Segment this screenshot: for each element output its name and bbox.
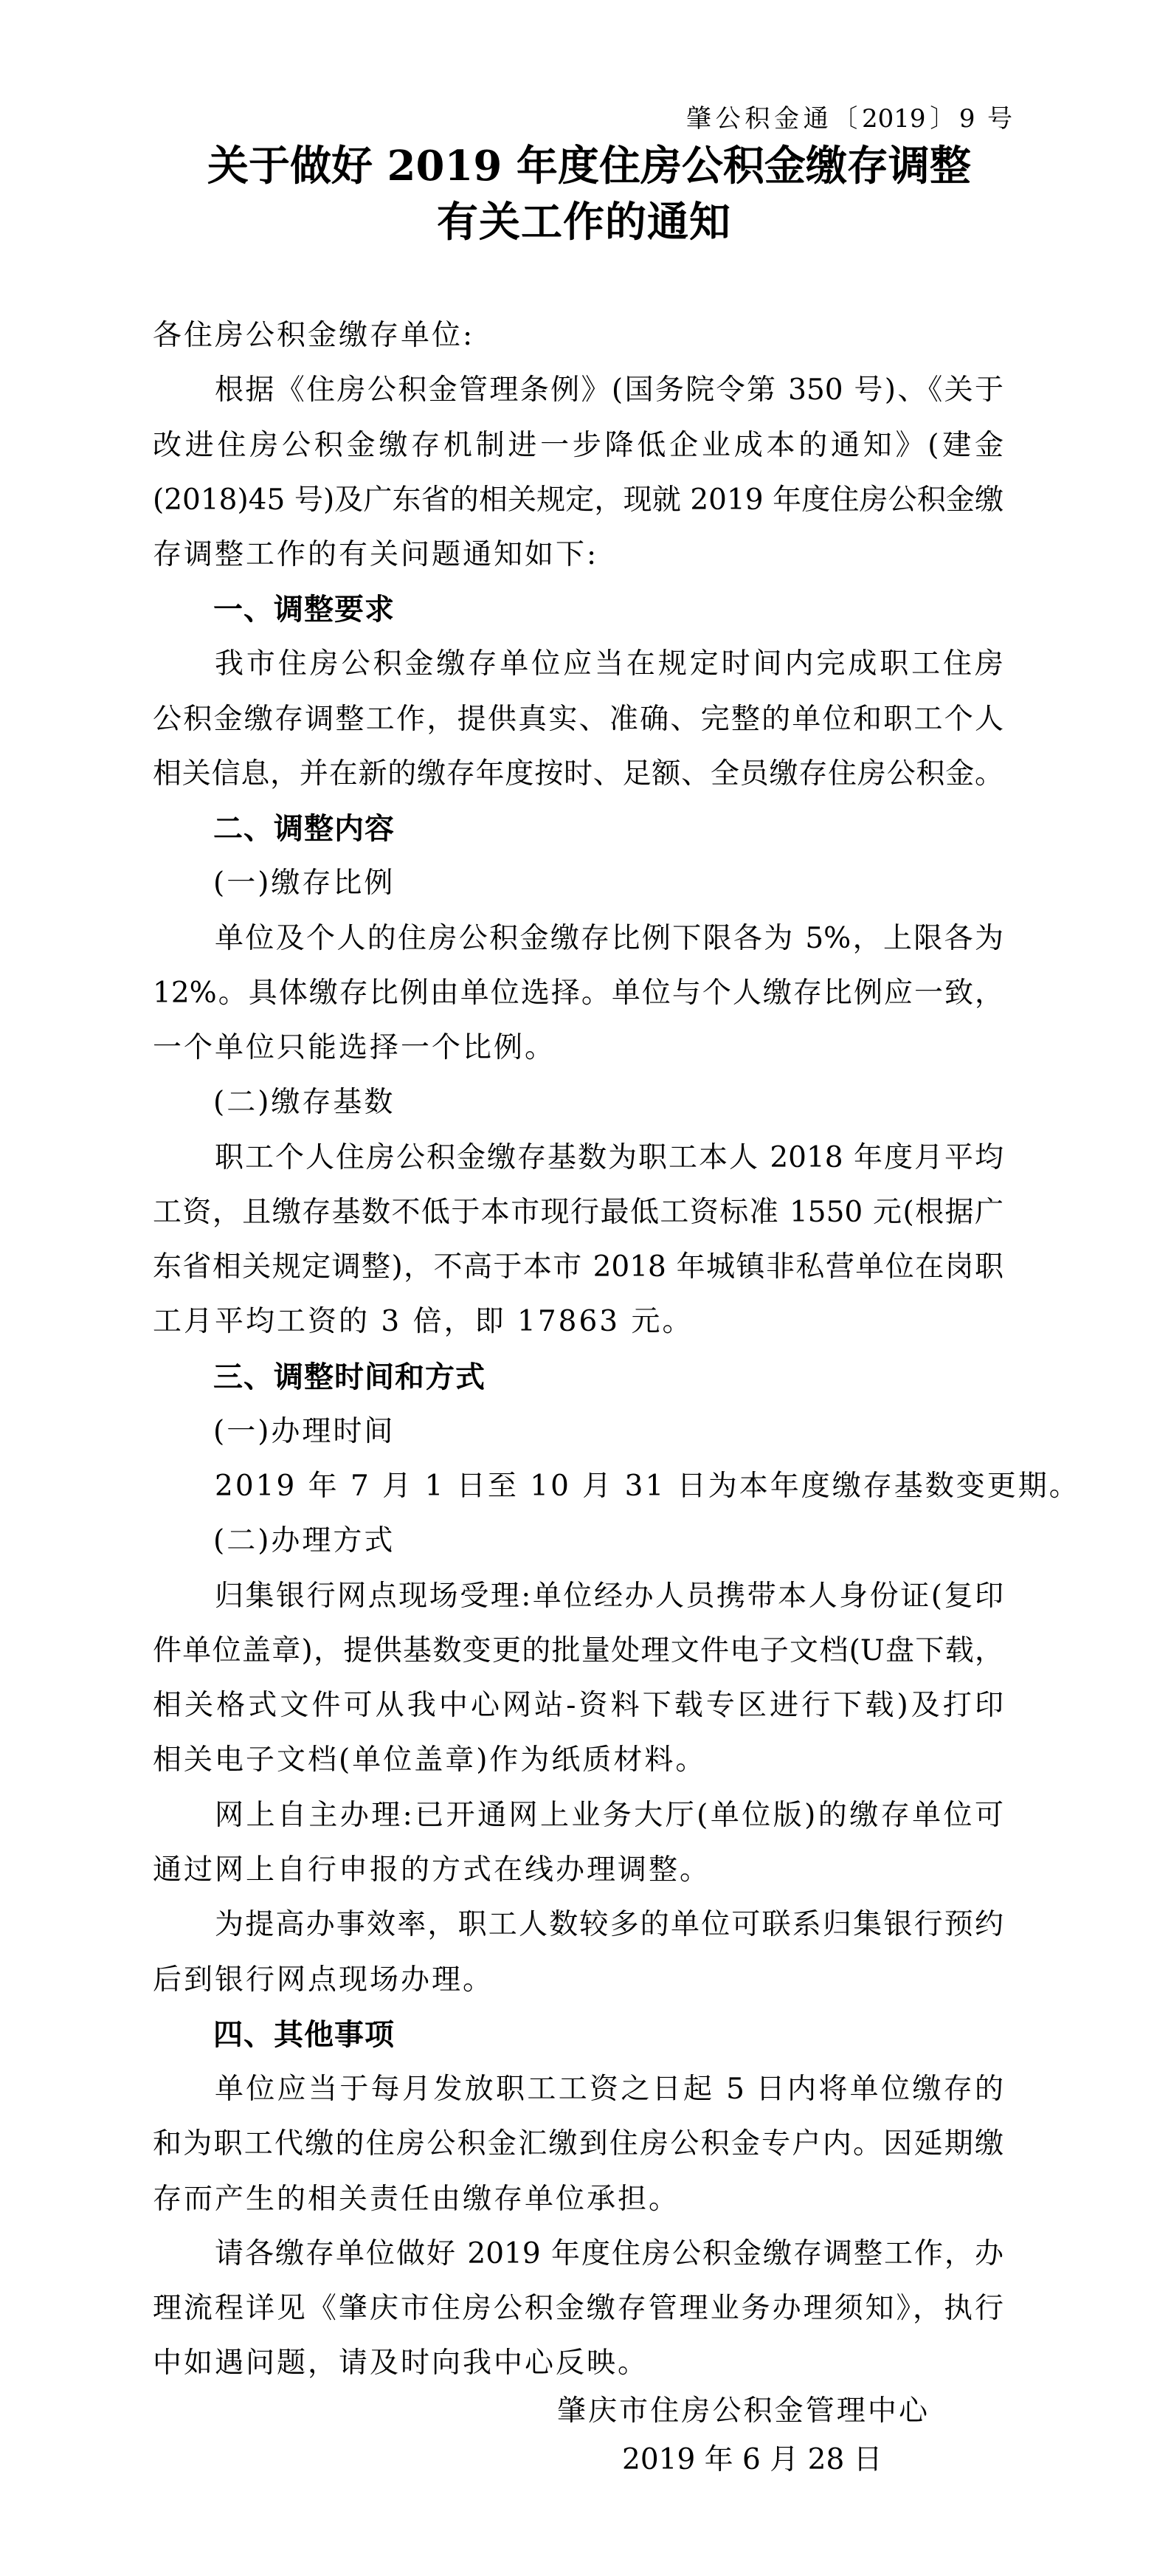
paragraph-line: 公积金缴存调整工作，提供真实、准确、完整的单位和职工个人 bbox=[153, 692, 1004, 747]
paragraph-line: 通过网上自行申报的方式在线办理调整。 bbox=[153, 1843, 711, 1898]
paragraph-line: 存调整工作的有关问题通知如下: bbox=[153, 528, 598, 582]
paragraph-line: 工资，且缴存基数不低于本市现行最低工资标准 1550 元(根据广 bbox=[153, 1185, 1004, 1240]
paragraph-line: 相关电子文档(单位盖章)作为纸质材料。 bbox=[153, 1733, 706, 1788]
paragraph-line: 为提高办事效率，职工人数较多的单位可联系归集银行预约 bbox=[215, 1898, 1004, 1952]
salutation: 各住房公积金缴存单位: bbox=[153, 309, 474, 363]
issue-date: 2019 年 6 月 28 日 bbox=[622, 2438, 857, 2482]
document-title-line-2: 有关工作的通知 bbox=[437, 198, 730, 247]
document-number: 肇公积金通〔2019〕9 号 bbox=[686, 102, 1012, 136]
paragraph-line: 单位及个人的住房公积金缴存比例下限各为 5%，上限各为 bbox=[215, 912, 1004, 966]
paragraph-line: 存而产生的相关责任由缴存单位承担。 bbox=[153, 2172, 680, 2227]
paragraph-line: 职工个人住房公积金缴存基数为职工本人 2018 年度月平均 bbox=[215, 1131, 1004, 1185]
section-heading: 三、调整时间和方式 bbox=[213, 1350, 486, 1405]
paragraph-line: 12%。具体缴存比例由单位选择。单位与个人缴存比例应一致， bbox=[153, 966, 1004, 1021]
section-heading: 一、调整要求 bbox=[213, 582, 395, 637]
paragraph-line: 一个单位只能选择一个比例。 bbox=[153, 1021, 556, 1075]
paragraph-line: 2019 年 7 月 1 日至 10 月 31 日为本年度缴存基数变更期。 bbox=[215, 1459, 1080, 1514]
paragraph-line: 网上自主办理:已开通网上业务大厅(单位版)的缴存单位可 bbox=[215, 1788, 1004, 1843]
paragraph-line: 理流程详见《肇庆市住房公积金缴存管理业务办理须知》，执行 bbox=[153, 2281, 1004, 2336]
paragraph-line: 和为职工代缴的住房公积金汇缴到住房公积金专户内。因延期缴 bbox=[153, 2117, 1004, 2172]
section-heading: 四、其他事项 bbox=[213, 2008, 395, 2062]
paragraph-line: 改进住房公积金缴存机制进一步降低企业成本的通知》(建金 bbox=[153, 419, 1004, 473]
document-title-line-1: 关于做好 2019 年度住房公积金缴存调整 bbox=[207, 142, 958, 190]
issuer-signature: 肇庆市住房公积金管理中心 bbox=[557, 2389, 928, 2434]
paragraph-line: (2018)45 号)及广东省的相关规定，现就 2019 年度住房公积金缴 bbox=[153, 473, 1004, 528]
paragraph-line: 我市住房公积金缴存单位应当在规定时间内完成职工住房 bbox=[215, 637, 1004, 692]
paragraph-line: 中如遇问题，请及时向我中心反映。 bbox=[153, 2336, 649, 2391]
paragraph-line: 后到银行网点现场办理。 bbox=[153, 1953, 494, 2008]
subsection-heading: (一)办理时间 bbox=[213, 1405, 395, 1459]
paragraph-line: 相关信息，并在新的缴存年度按时、足额、全员缴存住房公积金。 bbox=[153, 747, 1004, 802]
paragraph-line: 请各缴存单位做好 2019 年度住房公积金缴存调整工作，办 bbox=[215, 2227, 1004, 2281]
paragraph-line: 工月平均工资的 3 倍，即 17863 元。 bbox=[153, 1295, 693, 1349]
paragraph-line: 根据《住房公积金管理条例》(国务院令第 350 号)、《关于 bbox=[215, 363, 1004, 418]
paragraph-line: 单位应当于每月发放职工工资之日起 5 日内将单位缴存的 bbox=[215, 2062, 1004, 2117]
subsection-heading: (一)缴存比例 bbox=[213, 856, 395, 911]
paragraph-line: 东省相关规定调整)，不高于本市 2018 年城镇非私营单位在岗职 bbox=[153, 1240, 1004, 1295]
paragraph-line: 件单位盖章)，提供基数变更的批量处理文件电子文档(U盘下载， bbox=[153, 1624, 1004, 1678]
subsection-heading: (二)缴存基数 bbox=[213, 1075, 395, 1130]
subsection-heading: (二)办理方式 bbox=[213, 1514, 395, 1568]
paragraph-line: 相关格式文件可从我中心网站-资料下载专区进行下载)及打印 bbox=[153, 1678, 1004, 1733]
section-heading: 二、调整内容 bbox=[213, 802, 395, 856]
paragraph-line: 归集银行网点现场受理:单位经办人员携带本人身份证(复印 bbox=[215, 1569, 1004, 1624]
